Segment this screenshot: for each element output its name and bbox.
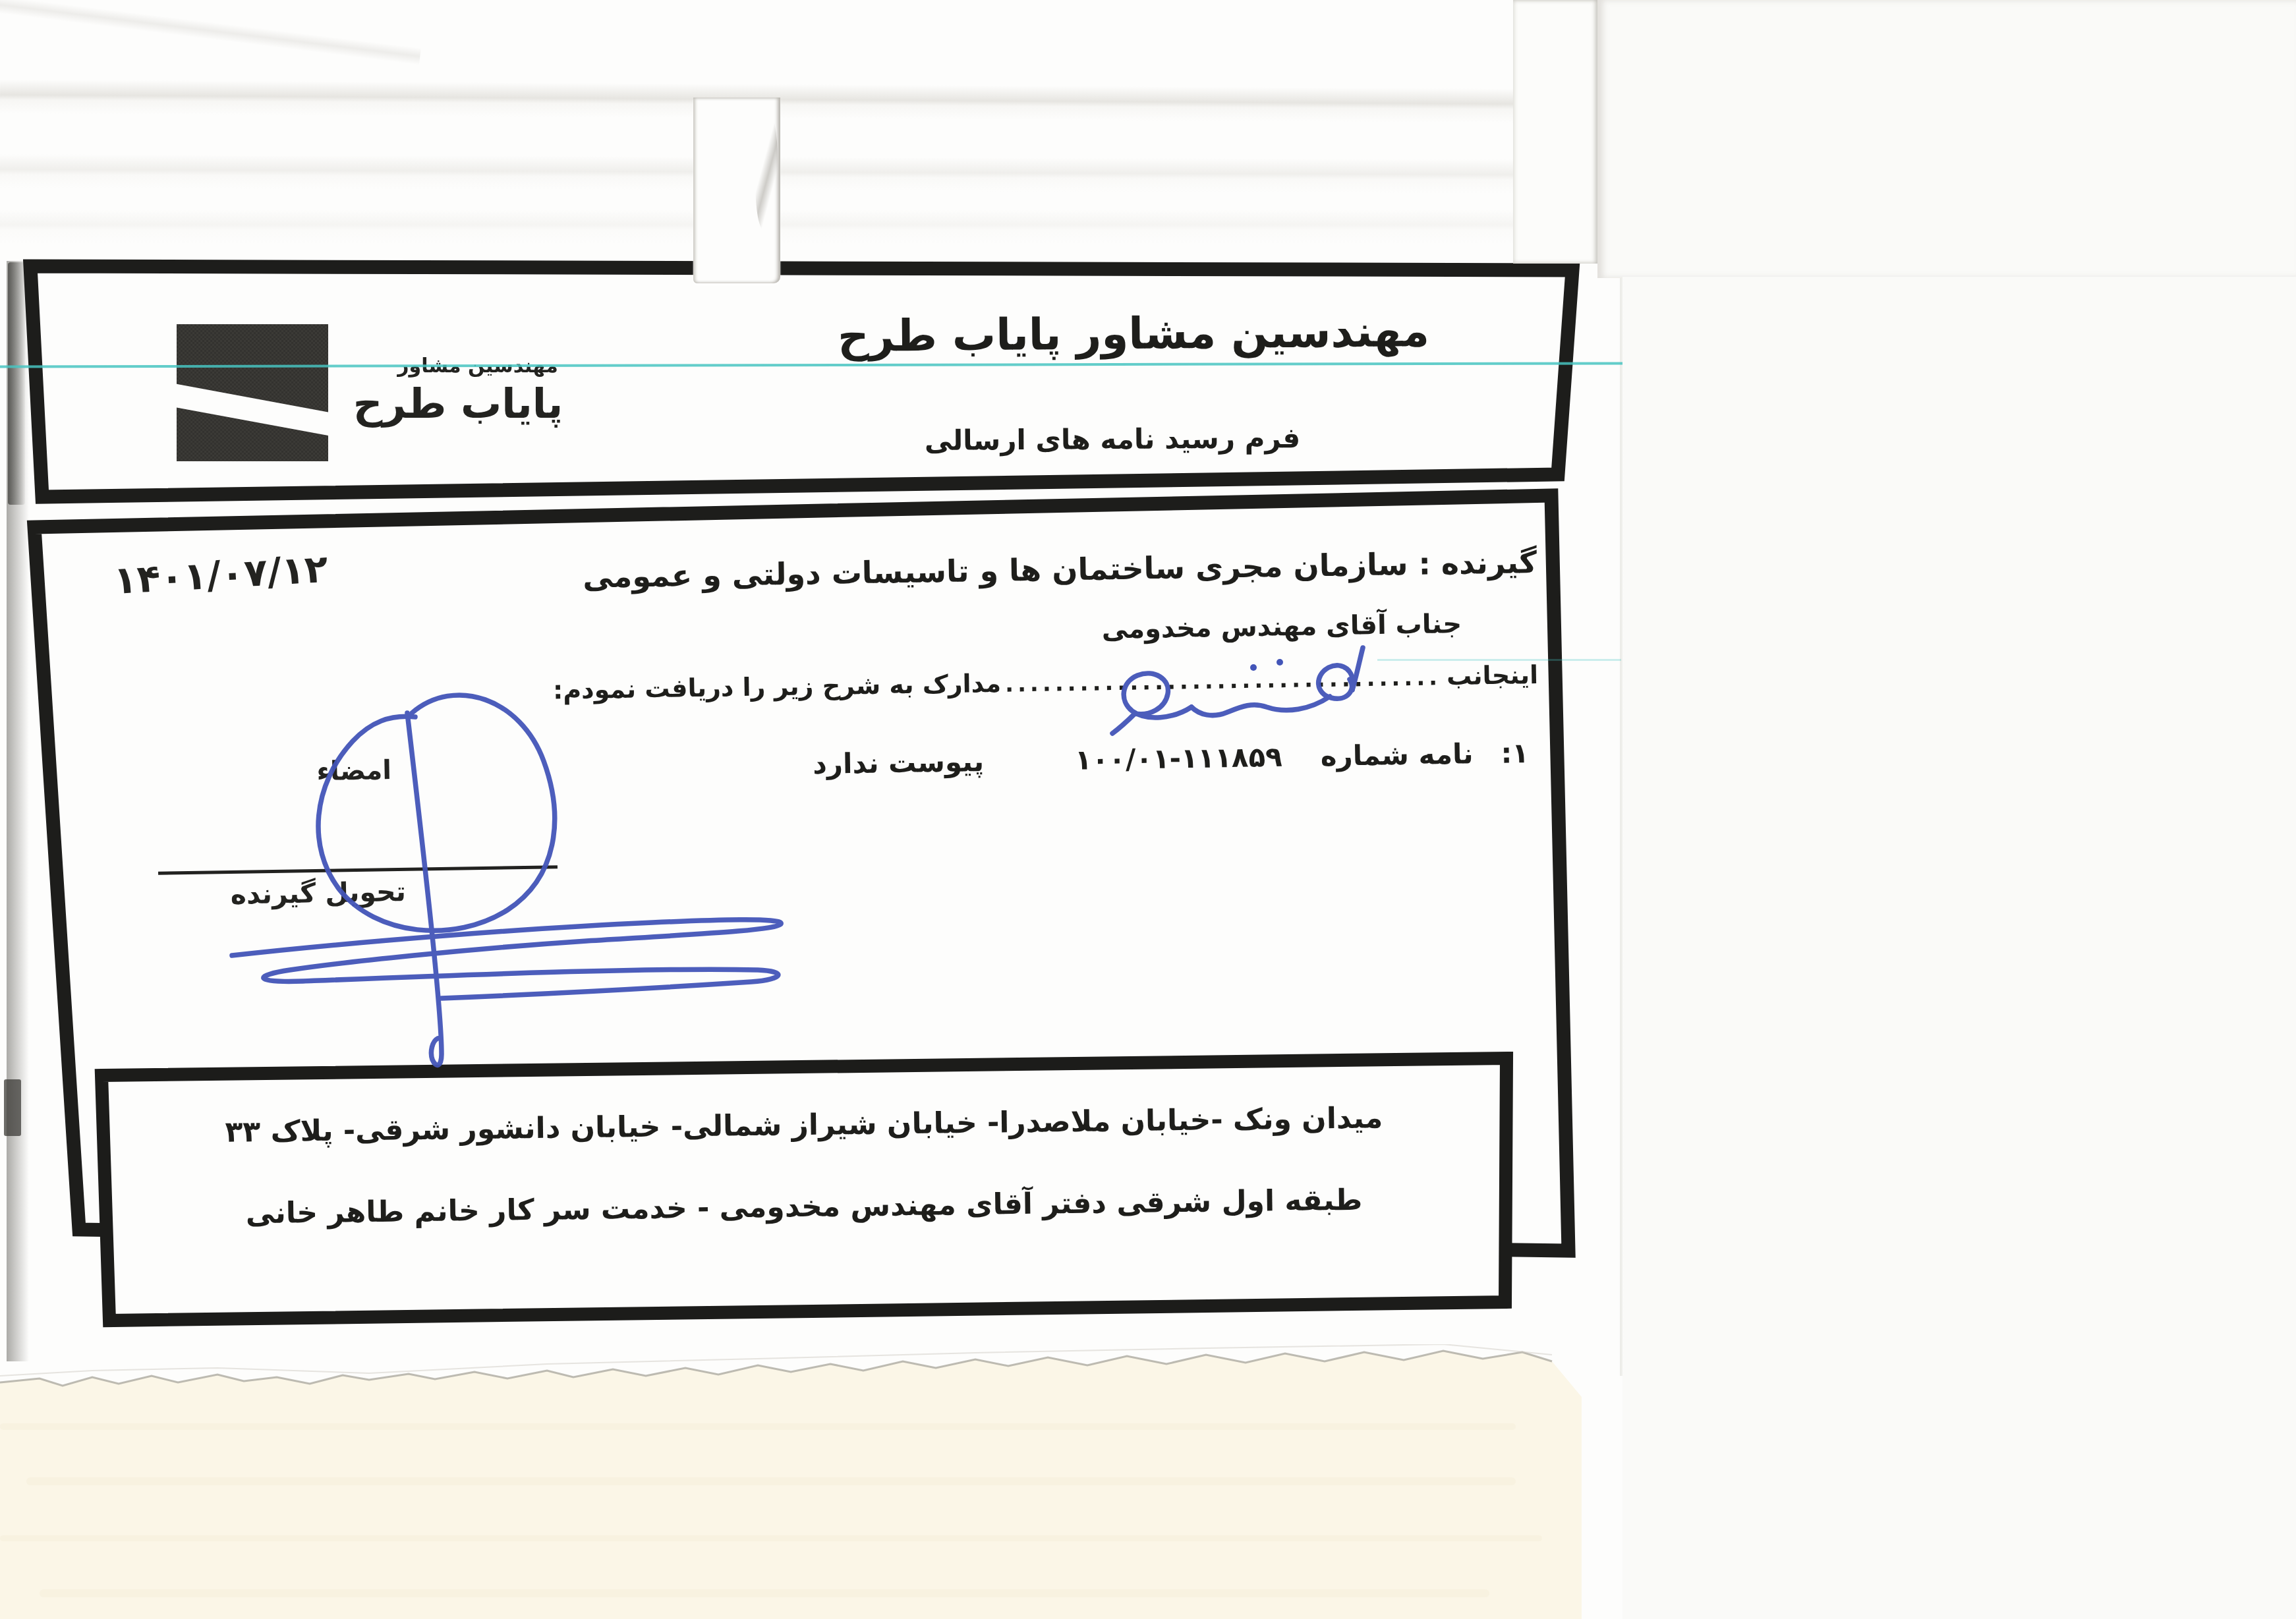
- paper-tear-fold: [755, 112, 778, 231]
- handwritten-signature: [191, 619, 929, 1094]
- logo-text-large: پایاب طرح: [326, 380, 590, 428]
- item-number: ۱:: [1501, 737, 1529, 770]
- form-subtitle: فرم رسید نامه های ارسالی: [783, 421, 1442, 458]
- scanned-receipt-page: { "header": { "logo": { "line1": "مهندسی…: [0, 0, 2296, 1619]
- handwritten-name-scribble: [1054, 629, 1384, 748]
- scanner-background-top-right: [1597, 0, 2296, 278]
- torn-strip-top-right: [1513, 0, 1599, 264]
- company-title: مهندسین مشاور پایاب طرح: [738, 305, 1530, 362]
- undersigned-prefix: اینجانب: [1447, 660, 1539, 691]
- logo-slash-icon: [177, 382, 328, 438]
- scanner-artifact-cyan-line-faint: [1377, 659, 1621, 661]
- scanner-background-right: [1622, 277, 2296, 1619]
- company-logo-mark: [177, 324, 328, 461]
